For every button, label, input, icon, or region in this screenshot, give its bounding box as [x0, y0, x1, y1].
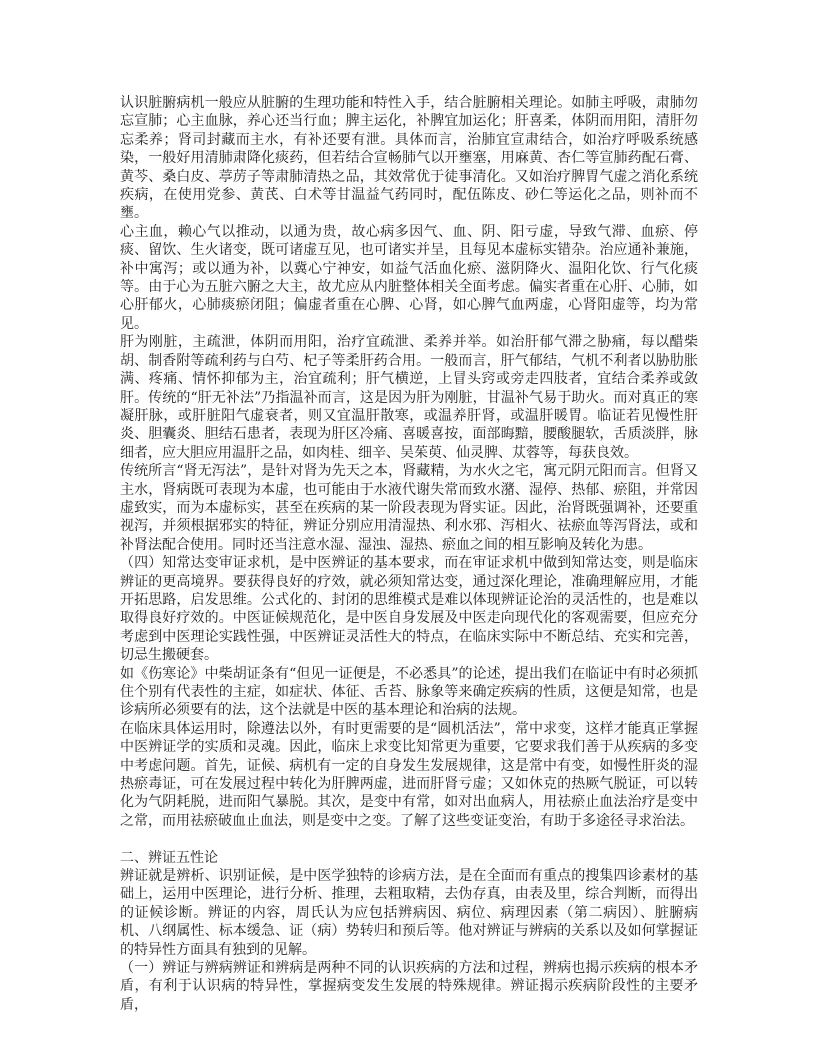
paragraph-knowing-constancy-adapting-change: （四）知常达变审证求机，是中医辨证的基本要求，而在审证求机中做到知常达变，则是临… [120, 554, 698, 664]
document-content: 认识脏腑病机一般应从脏腑的生理功能和特性入手，结合脏腑相关理论。如肺主呼吸，肃肺… [120, 94, 698, 1014]
paragraph-shanghanlun-citation: 如《伤寒论》中柴胡证条有“但见一证便是，不必悉具”的论述，提出我们在临证中有时必… [120, 665, 698, 720]
paragraph-kidney-pathogenesis: 传统所言“肾无泻法”，是针对肾为先天之本，肾藏精，为水火之宅，寓元阴元阳而言。但… [120, 462, 698, 554]
paragraph-zangfu-pathogenesis: 认识脏腑病机一般应从脏腑的生理功能和特性入手，结合脏腑相关理论。如肺主呼吸，肃肺… [120, 94, 698, 223]
paragraph-liver-pathogenesis: 肝为刚脏，主疏泄，体阴而用阳，治疗宜疏泄、柔养并举。如治肝郁气滞之胁痛，每以醋柴… [120, 333, 698, 462]
paragraph-bianzheng-vs-bianbing: （一）辨证与辨病辨证和辨病是两种不同的认识疾病的方法和过程，辨病也揭示疾病的根本… [120, 959, 698, 1014]
paragraph-bianzheng-definition: 辨证就是辨析、识别证候，是中医学独特的诊病方法，是在全面而有重点的搜集四诊素材的… [120, 867, 698, 959]
paragraph-clinical-flexible-application: 在临床具体运用时，除遵法以外，有时更需要的是“圆机活法”，常中求变，这样才能真正… [120, 720, 698, 830]
paragraph-heart-pathogenesis: 心主血，赖心气以推动，以通为贵，故心病多因气、血、阴、阳亏虚，导致气滞、血瘀、停… [120, 223, 698, 333]
section-heading-five-natures: 二、辨证五性论 [120, 849, 698, 867]
document-page: 认识脏腑病机一般应从脏腑的生理功能和特性入手，结合脏腑相关理论。如肺主呼吸，肃肺… [0, 0, 816, 1056]
